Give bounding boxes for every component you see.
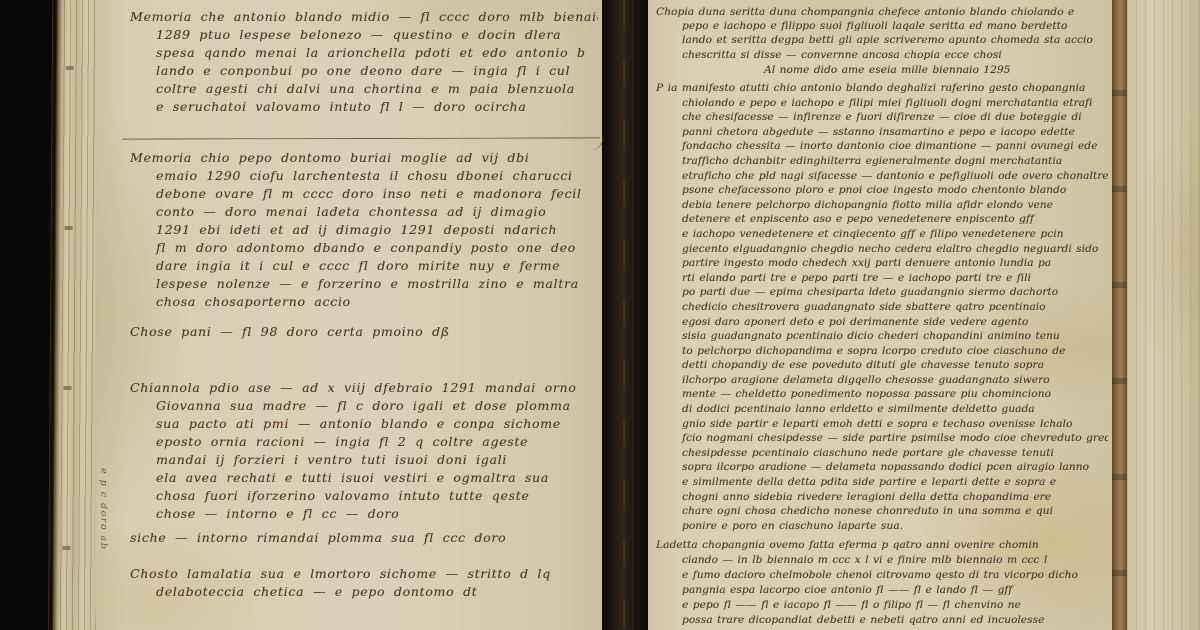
left-page: Memoria che antonio blando midio — fl cc… (96, 0, 602, 630)
manuscript-line: Chosto lamalatia sua e lmortoro sichome … (130, 565, 598, 583)
manuscript-line: dare ingia it i cul e cccc fl doro mirit… (130, 257, 598, 275)
manuscript-line: possa trare dicopandiat debetti e nebeti… (656, 613, 1108, 628)
manuscript-line: emaio 1290 ciofu larchentesta il chosu d… (130, 167, 598, 185)
manuscript-line: chosa fuori iforzerino valovamo intuto t… (130, 487, 598, 505)
manuscript-line: po parti due — epima chesiparta ldeto gu… (656, 285, 1108, 300)
manuscript-line: ilchorpo aragione delameta digqello ches… (656, 373, 1108, 388)
manuscript-line: lando et seritta degpa betti gli apie sc… (656, 33, 1108, 47)
manuscript-line: psone chefacessono ploro e pnoi cioe ing… (656, 183, 1108, 198)
manuscript-line: che chesifacesse — infirenze e fuori dif… (656, 110, 1108, 125)
marginal-note-vertical: e p c doro ab (98, 468, 109, 550)
manuscript-line: fcio nogmani chesipdesse — side partire … (656, 431, 1108, 446)
manuscript-line: e fumo dacioro chelmobole chenoi citrova… (656, 568, 1108, 583)
manuscript-line: delaboteccia chetica — e pepo dontomo dt (130, 583, 598, 601)
manuscript-line: gnio side partir e leparti emoh detti e … (656, 417, 1108, 432)
ledger-entry-3: Chiannola pdio ase — ad x viij dfebraio … (130, 379, 598, 523)
page-edge-band (1112, 0, 1127, 630)
manuscript-line: panni chetora abgedute — sstanno insamar… (656, 125, 1108, 140)
manuscript-line: egosi daro aponeri deto e poi derimanent… (656, 315, 1108, 330)
manuscript-line: rti elando parti tre e pepo parti tre — … (656, 271, 1108, 286)
manuscript-line: trafficho dchanbitr edinghilterra egiene… (656, 154, 1108, 169)
manuscript-line: Ladetta chopangnia ovemo fatta eferma p … (656, 538, 1108, 553)
manuscript-line: lespese nolenze — e forzerino e mostrill… (130, 275, 598, 293)
manuscript-line: Memoria chio pepo dontomo buriai moglie … (130, 149, 598, 167)
manuscript-line: chogni anno sidebia rivedere leragioni d… (656, 490, 1108, 505)
contract-closing: Ladetta chopangnia ovemo fatta eferma p … (656, 538, 1108, 628)
manuscript-line: sua pacto ati pmi — antonio blando e con… (130, 415, 598, 433)
manuscript-line: sisia guadangnato pcentinaio dicio chede… (656, 329, 1108, 344)
cost-summary-line: Chose pani — fl 98 doro certa pmoino dß (130, 323, 598, 341)
ruled-divider-line (122, 137, 600, 141)
fore-edge-blank-pages (1127, 0, 1200, 630)
manuscript-line: e similmente della detta pdita side part… (656, 475, 1108, 490)
manuscript-photo: Memoria che antonio blando midio — fl cc… (0, 0, 1200, 630)
manuscript-line: e seruchatoi valovamo intuto fl l — doro… (130, 98, 598, 116)
manuscript-line: Giovanna sua madre — fl c doro igali et … (130, 397, 598, 415)
manuscript-line: debia tenere pelchorpo dichopangnia fiot… (656, 198, 1108, 213)
manuscript-line: e pepo fl —— fl e iacopo fl —— fl o fili… (656, 598, 1108, 613)
manuscript-line: sopra ilcorpo aradione — delameta nopass… (656, 460, 1108, 475)
contract-heading: Chopia duna seritta duna chompangnia che… (656, 5, 1108, 62)
right-page: Chopia duna seritta duna chompangnia che… (648, 0, 1112, 630)
book-gutter-fold (602, 0, 648, 630)
manuscript-line: 1291 ebi ideti et ad ij dimagio 1291 dep… (130, 221, 598, 239)
manuscript-line: chescritta si disse — convernne ancosa c… (656, 48, 1108, 62)
manuscript-line: 1289 ptuo lespese belonezo — questino e … (130, 26, 598, 44)
ledger-entry-2: Memoria chio pepo dontomo buriai moglie … (130, 149, 598, 311)
manuscript-line: giecento elguadangnio chegdio necho cede… (656, 242, 1108, 257)
manuscript-line: coltre agesti chi dalvi una chortina e m… (130, 80, 598, 98)
ledger-entry-4: Chosto lamalatia sua e lmortoro sichome … (130, 565, 598, 601)
ledger-entry-1: Memoria che antonio blando midio — fl cc… (130, 8, 598, 116)
manuscript-line: Chiannola pdio ase — ad x viij dfebraio … (130, 379, 598, 397)
manuscript-line: ela avea rechati e tutti isuoi vestiri e… (130, 469, 598, 487)
manuscript-line: lando e conponbui po one deono dare — in… (130, 62, 598, 80)
manuscript-line: conto — doro menai ladeta chontessa ad i… (130, 203, 598, 221)
manuscript-line: mandai ij forzieri i ventro tuti isuoi d… (130, 451, 598, 469)
manuscript-line: eposto ornia racioni — ingia fl 2 q colt… (130, 433, 598, 451)
manuscript-line: partire ingesto modo chedech xxij parti … (656, 256, 1108, 271)
manuscript-line: chiolando e pepo e iachopo e filipi miei… (656, 96, 1108, 111)
manuscript-line: chose — intorno e fl cc — doro (130, 505, 598, 523)
manuscript-line: chosa chosaporterno accio (130, 293, 598, 311)
manuscript-line: ciando — in lb biennaio m ccc x l vi e f… (656, 553, 1108, 568)
manuscript-line: detti chopandiy de ese poveduto dituti g… (656, 358, 1108, 373)
manuscript-line: ponire e poro en ciaschuno laparte sua. (656, 519, 1108, 534)
right-page-text: Chopia duna seritta duna chompangnia che… (656, 5, 1108, 628)
book-spine-page-edges (48, 0, 100, 630)
manuscript-line: P ia manifesto atutti chio antonio bland… (656, 81, 1108, 96)
manuscript-line: to pelchorpo dichopandima e sopra lcorpo… (656, 344, 1108, 359)
total-summary-line: siche — intorno rimandai plomma sua fl c… (130, 529, 598, 547)
manuscript-line: pangnia espa lacorpo cioe antonio fl —— … (656, 583, 1108, 598)
manuscript-line: fondacho chessita — inorto dantonio cioe… (656, 139, 1108, 154)
manuscript-line: chedicio chesitrovera guadangnato side s… (656, 300, 1108, 315)
invocation-dateline: Al nome dido ame eseia mille biennaio 12… (656, 63, 1108, 77)
contract-body: P ia manifesto atutti chio antonio bland… (656, 81, 1108, 533)
manuscript-line: chesipdesse pcentinaio ciaschuno nede po… (656, 446, 1108, 461)
manuscript-line: detenere et enpiscento aso e pepo venede… (656, 212, 1108, 227)
left-page-text: Memoria che antonio blando midio — fl cc… (130, 8, 598, 601)
manuscript-line: di dodici pcentinaio lanno erldetto e si… (656, 402, 1108, 417)
manuscript-line: Chopia duna seritta duna chompangnia che… (656, 5, 1108, 19)
manuscript-line: spesa qando menai la arionchella pdoti e… (130, 44, 598, 62)
manuscript-line: debone ovare fl m cccc doro inso neti e … (130, 185, 598, 203)
manuscript-line: pepo e iachopo e filippo suoi figliuoli … (656, 19, 1108, 33)
manuscript-line: etraficho che pld nagi sifacesse — danto… (656, 169, 1108, 184)
manuscript-line: mente — cheldetto ponedimento nopossa pa… (656, 387, 1108, 402)
manuscript-line: e iachopo venedetenere et cinqiecento gf… (656, 227, 1108, 242)
manuscript-line: chare ogni chosa chedicho nonese chonred… (656, 504, 1108, 519)
manuscript-line: fl m doro adontomo dbando e conpandiy po… (130, 239, 598, 257)
manuscript-line: Memoria che antonio blando midio — fl cc… (130, 8, 598, 26)
